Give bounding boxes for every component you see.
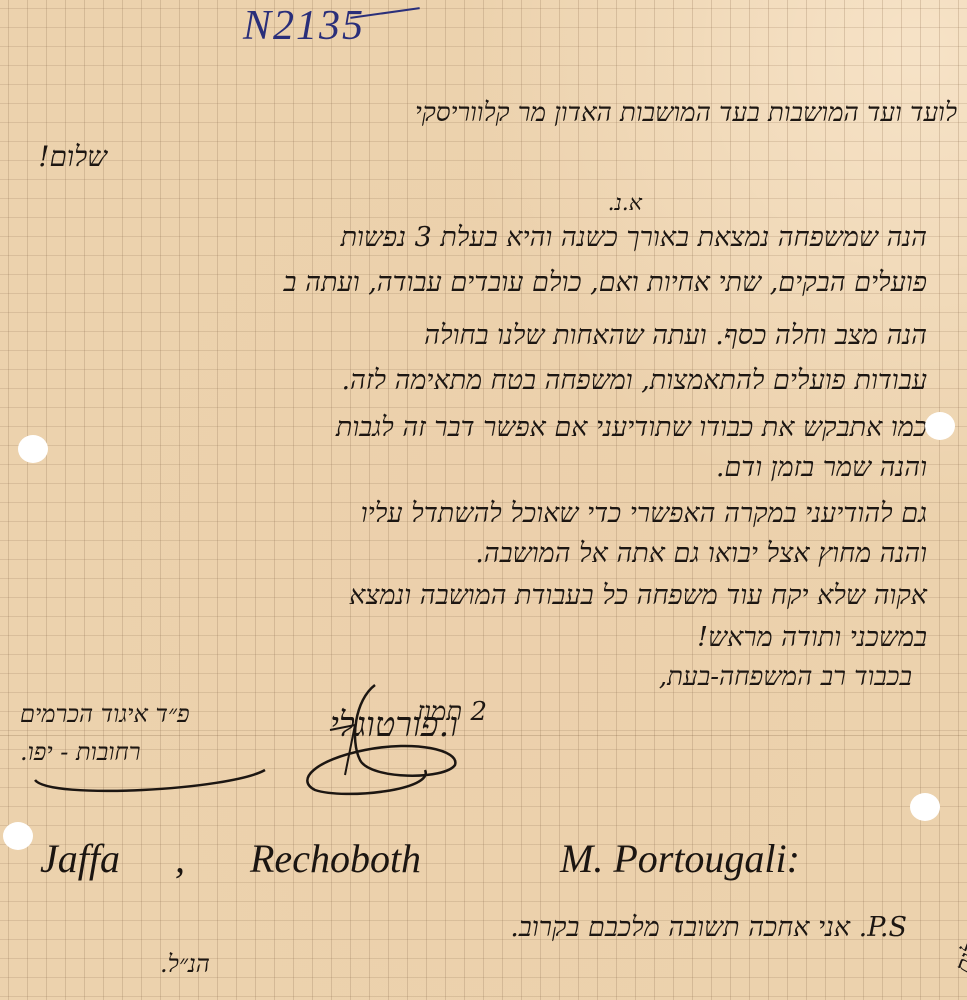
- body-line: גם להודיעני במקרה האפשרי כדי שאוכל להשתד…: [361, 498, 927, 529]
- punch-hole: [3, 822, 33, 850]
- body-line: אקוה שלא יקח עוד משפחה כל בעבודת המושבה …: [349, 580, 927, 611]
- paper-fold-crease: [0, 735, 967, 736]
- letter-closing: בכבוד רב המשפחה-בעת,: [659, 662, 912, 692]
- latin-city-jaffa: Jaffa: [40, 835, 120, 882]
- letter-addressee: לועד ועד המושבות בעד המושבות האדון מר קל…: [415, 98, 957, 128]
- latin-city-rechoboth: Rechoboth: [250, 835, 421, 882]
- body-line: והנה שמר בזמן ודם.: [716, 452, 927, 483]
- punch-hole: [18, 435, 48, 463]
- body-line: כמו אתבקש את כבודו שתודיעני אם אפשר דבר …: [336, 412, 927, 443]
- body-line: הנה מצב וחלה כסף. ועתה שהאחות שלנו בחולה: [424, 320, 927, 351]
- body-line: והנה מחוץ אצל יבואו גם אתה אל המושבה.: [475, 538, 927, 569]
- postscript-signoff: הנ״ל.: [160, 950, 210, 979]
- signature: ו.פורטוגלי: [330, 705, 458, 745]
- body-line: עבודות פועלים להתאמצות, ומשפחה בטח מתאימ…: [341, 365, 927, 396]
- document-number: N2135: [243, 2, 365, 50]
- edge-note: שלום: [950, 925, 967, 976]
- punch-hole: [910, 793, 940, 821]
- letter-salutation: א.נ.: [608, 190, 642, 216]
- latin-sender-name: M. Portougali:: [560, 835, 800, 882]
- body-line: הנה שמשפחה נמצאת באורך כשנה והיא בעלת 3 …: [341, 222, 927, 253]
- postscript: P.S. אני אחכה תשובה מלכבם בקרוב.: [510, 912, 907, 943]
- stamp-underline-icon: [30, 760, 270, 800]
- body-line: במשכני ותודה מראש!: [697, 622, 927, 653]
- latin-comma: ,: [175, 835, 185, 882]
- stamp-line-1: פ״ד איגוד הכרמים: [20, 700, 190, 729]
- body-line: פועלים הבקים, שתי אחיות ואם, כולם עובדים…: [284, 267, 927, 298]
- letter-greeting: שלום!: [38, 140, 107, 174]
- punch-hole: [925, 412, 955, 440]
